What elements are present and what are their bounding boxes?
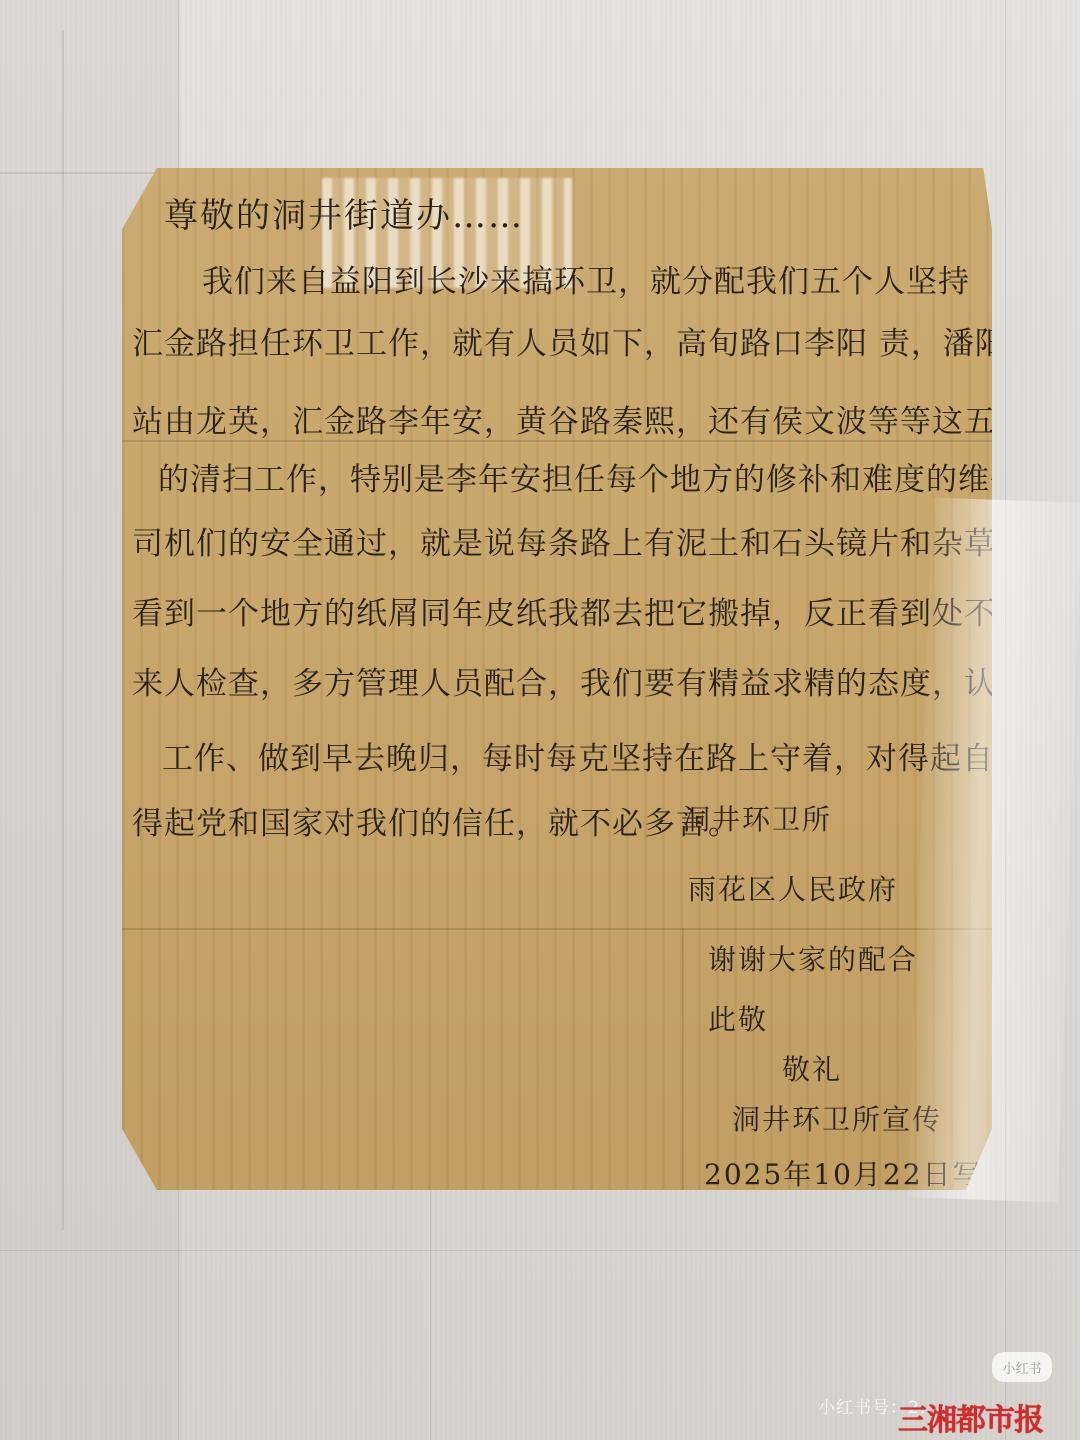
cardboard-fold xyxy=(122,928,992,930)
signature-salute: 敬礼 xyxy=(782,1048,842,1088)
cardboard-notice: 尊敬的洞井街道办…… 我们来自益阳到长沙来搞环卫，就分配我们五个人坚持 汇金路担… xyxy=(122,168,992,1190)
wall-seam xyxy=(0,1250,1080,1251)
wall-seam xyxy=(430,1180,431,1440)
notice-line: 得起党和国家对我们的信任，就不必多言。 xyxy=(132,798,982,843)
signature-government: 雨花区人民政府 xyxy=(688,868,898,908)
notice-line: 的清扫工作，特别是李年安担任每个地方的修补和难度的维修，总是要做到 xyxy=(158,454,1008,499)
plastic-tape xyxy=(908,498,1080,1203)
notice-line: 汇金路担任环卫工作，就有人员如下，高旬路口李阳 责，潘阳和道 xyxy=(132,318,982,363)
wall-seam xyxy=(0,172,180,174)
notice-line: 工作、做到早去晚归，每时每克坚持在路上守着，对得起自己的这份工作，对 xyxy=(162,733,1012,778)
notice-line: 我们来自益阳到长沙来搞环卫，就分配我们五个人坚持 xyxy=(202,256,1052,301)
signature-org: 洞井环卫所 xyxy=(682,798,832,838)
sanxiang-brand-logo: 三湘都市报 xyxy=(898,1395,1043,1439)
wall-seam xyxy=(62,30,64,1230)
notice-line: 来人检查，多方管理人员配合，我们要有精益求精的态度，认真对待好卫生 xyxy=(132,658,982,703)
signature-thanks: 谢谢大家的配合 xyxy=(708,938,918,978)
notice-line: 司机们的安全通过，就是说每条路上有泥土和石头镜片和杂草都要清走，我每 xyxy=(132,518,982,563)
notice-salutation: 尊敬的洞井街道办…… xyxy=(164,188,524,237)
notice-line: 站由龙英，汇金路李年安，黄谷路秦熙，还有侯文波等等这五个人坚持每天 xyxy=(132,396,982,441)
notice-line: 看到一个地方的纸屑同年皮纸我都去把它搬掉，反正看到处不光彩，上面和外 xyxy=(132,588,982,633)
xiaohongshu-badge: 小红书 xyxy=(992,1352,1052,1382)
cardboard-fold xyxy=(682,928,684,1190)
signature-closing: 此敬 xyxy=(708,998,768,1038)
